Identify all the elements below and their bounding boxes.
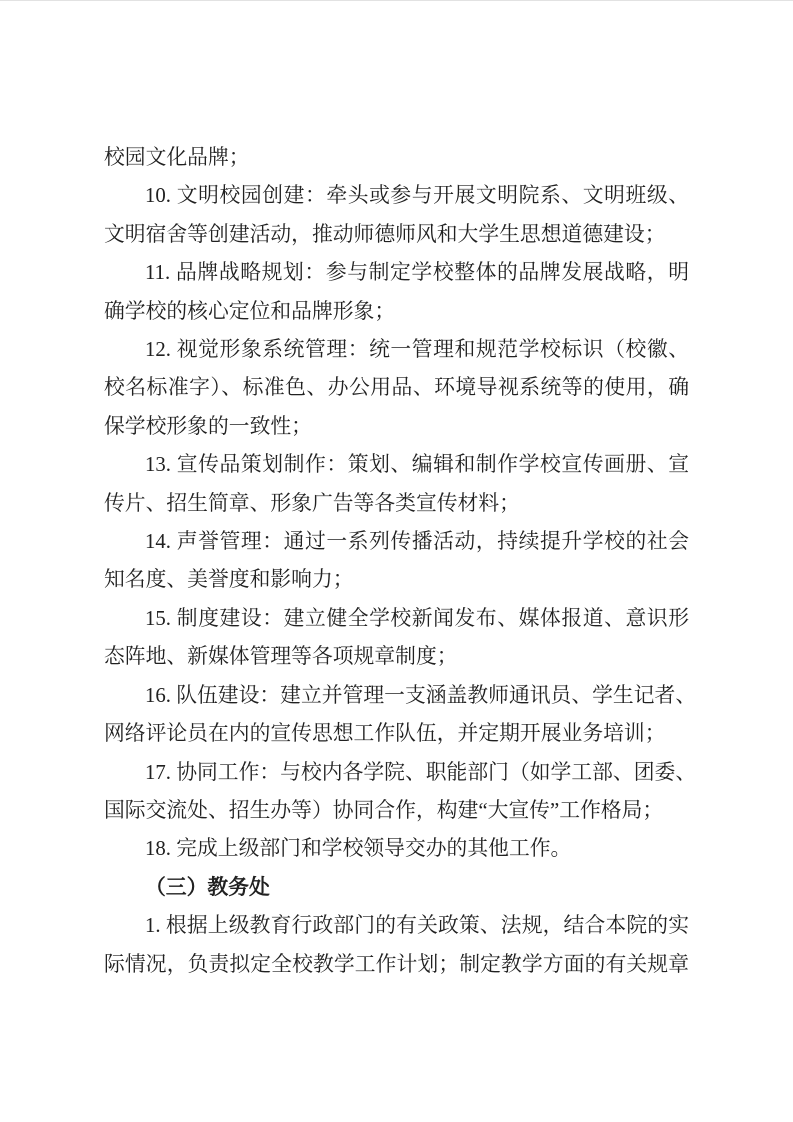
paragraph-carryover-item-9: 校园文化品牌；	[104, 139, 689, 177]
text-line: 18. 完成上级部门和学校领导交办的其他工作。	[104, 830, 689, 868]
text-line: 校名标准字）、标准色、办公用品、环境导视系统等的使用，确	[104, 369, 689, 407]
text-line: 传片、招生简章、形象广告等各类宣传材料；	[104, 485, 689, 523]
text-line: 确学校的核心定位和品牌形象；	[104, 293, 689, 331]
list-item-10: 10. 文明校园创建：牵头或参与开展文明院系、文明班级、文明宿舍等创建活动，推动…	[104, 177, 689, 254]
list-item-12: 12. 视觉形象系统管理：统一管理和规范学校标识（校徽、校名标准字）、标准色、办…	[104, 331, 689, 446]
text-line: 保学校形象的一致性；	[104, 408, 689, 446]
list-item-14: 14. 声誉管理：通过一系列传播活动，持续提升学校的社会知名度、美誉度和影响力；	[104, 523, 689, 600]
text-line: （三）教务处	[104, 869, 689, 907]
text-line: 12. 视觉形象系统管理：统一管理和规范学校标识（校徽、	[104, 331, 689, 369]
text-line: 14. 声誉管理：通过一系列传播活动，持续提升学校的社会	[104, 523, 689, 561]
text-line: 际情况，负责拟定全校教学工作计划；制定教学方面的有关规章	[104, 946, 689, 984]
text-line: 知名度、美誉度和影响力；	[104, 561, 689, 599]
list-item-15: 15. 制度建设：建立健全学校新闻发布、媒体报道、意识形态阵地、新媒体管理等各项…	[104, 600, 689, 677]
text-line: 13. 宣传品策划制作：策划、编辑和制作学校宣传画册、宣	[104, 446, 689, 484]
document-body: 校园文化品牌；10. 文明校园创建：牵头或参与开展文明院系、文明班级、文明宿舍等…	[104, 139, 689, 984]
text-line: 网络评论员在内的宣传思想工作队伍，并定期开展业务培训；	[104, 715, 689, 753]
list-item-18: 18. 完成上级部门和学校领导交办的其他工作。	[104, 830, 689, 868]
text-line: 17. 协同工作：与校内各学院、职能部门（如学工部、团委、	[104, 754, 689, 792]
text-line: 态阵地、新媒体管理等各项规章制度；	[104, 638, 689, 676]
text-line: 1. 根据上级教育行政部门的有关政策、法规，结合本院的实	[104, 907, 689, 945]
list-item-16: 16. 队伍建设：建立并管理一支涵盖教师通讯员、学生记者、网络评论员在内的宣传思…	[104, 677, 689, 754]
list-item-11: 11. 品牌战略规划：参与制定学校整体的品牌发展战略，明确学校的核心定位和品牌形…	[104, 254, 689, 331]
text-line: 国际交流处、招生办等）协同合作，构建“大宣传”工作格局；	[104, 792, 689, 830]
list-item-1-jiaowuchu: 1. 根据上级教育行政部门的有关政策、法规，结合本院的实际情况，负责拟定全校教学…	[104, 907, 689, 984]
text-line: 16. 队伍建设：建立并管理一支涵盖教师通讯员、学生记者、	[104, 677, 689, 715]
text-line: 11. 品牌战略规划：参与制定学校整体的品牌发展战略，明	[104, 254, 689, 292]
document-page: 校园文化品牌；10. 文明校园创建：牵头或参与开展文明院系、文明班级、文明宿舍等…	[0, 0, 793, 1122]
text-line: 文明宿舍等创建活动，推动师德师风和大学生思想道德建设；	[104, 216, 689, 254]
text-line: 10. 文明校园创建：牵头或参与开展文明院系、文明班级、	[104, 177, 689, 215]
list-item-13: 13. 宣传品策划制作：策划、编辑和制作学校宣传画册、宣传片、招生简章、形象广告…	[104, 446, 689, 523]
text-line: 15. 制度建设：建立健全学校新闻发布、媒体报道、意识形	[104, 600, 689, 638]
list-item-17: 17. 协同工作：与校内各学院、职能部门（如学工部、团委、国际交流处、招生办等）…	[104, 754, 689, 831]
page-top-edge	[0, 0, 793, 1]
section-heading-3-jiaowuchu: （三）教务处	[104, 869, 689, 907]
text-line: 校园文化品牌；	[104, 139, 689, 177]
